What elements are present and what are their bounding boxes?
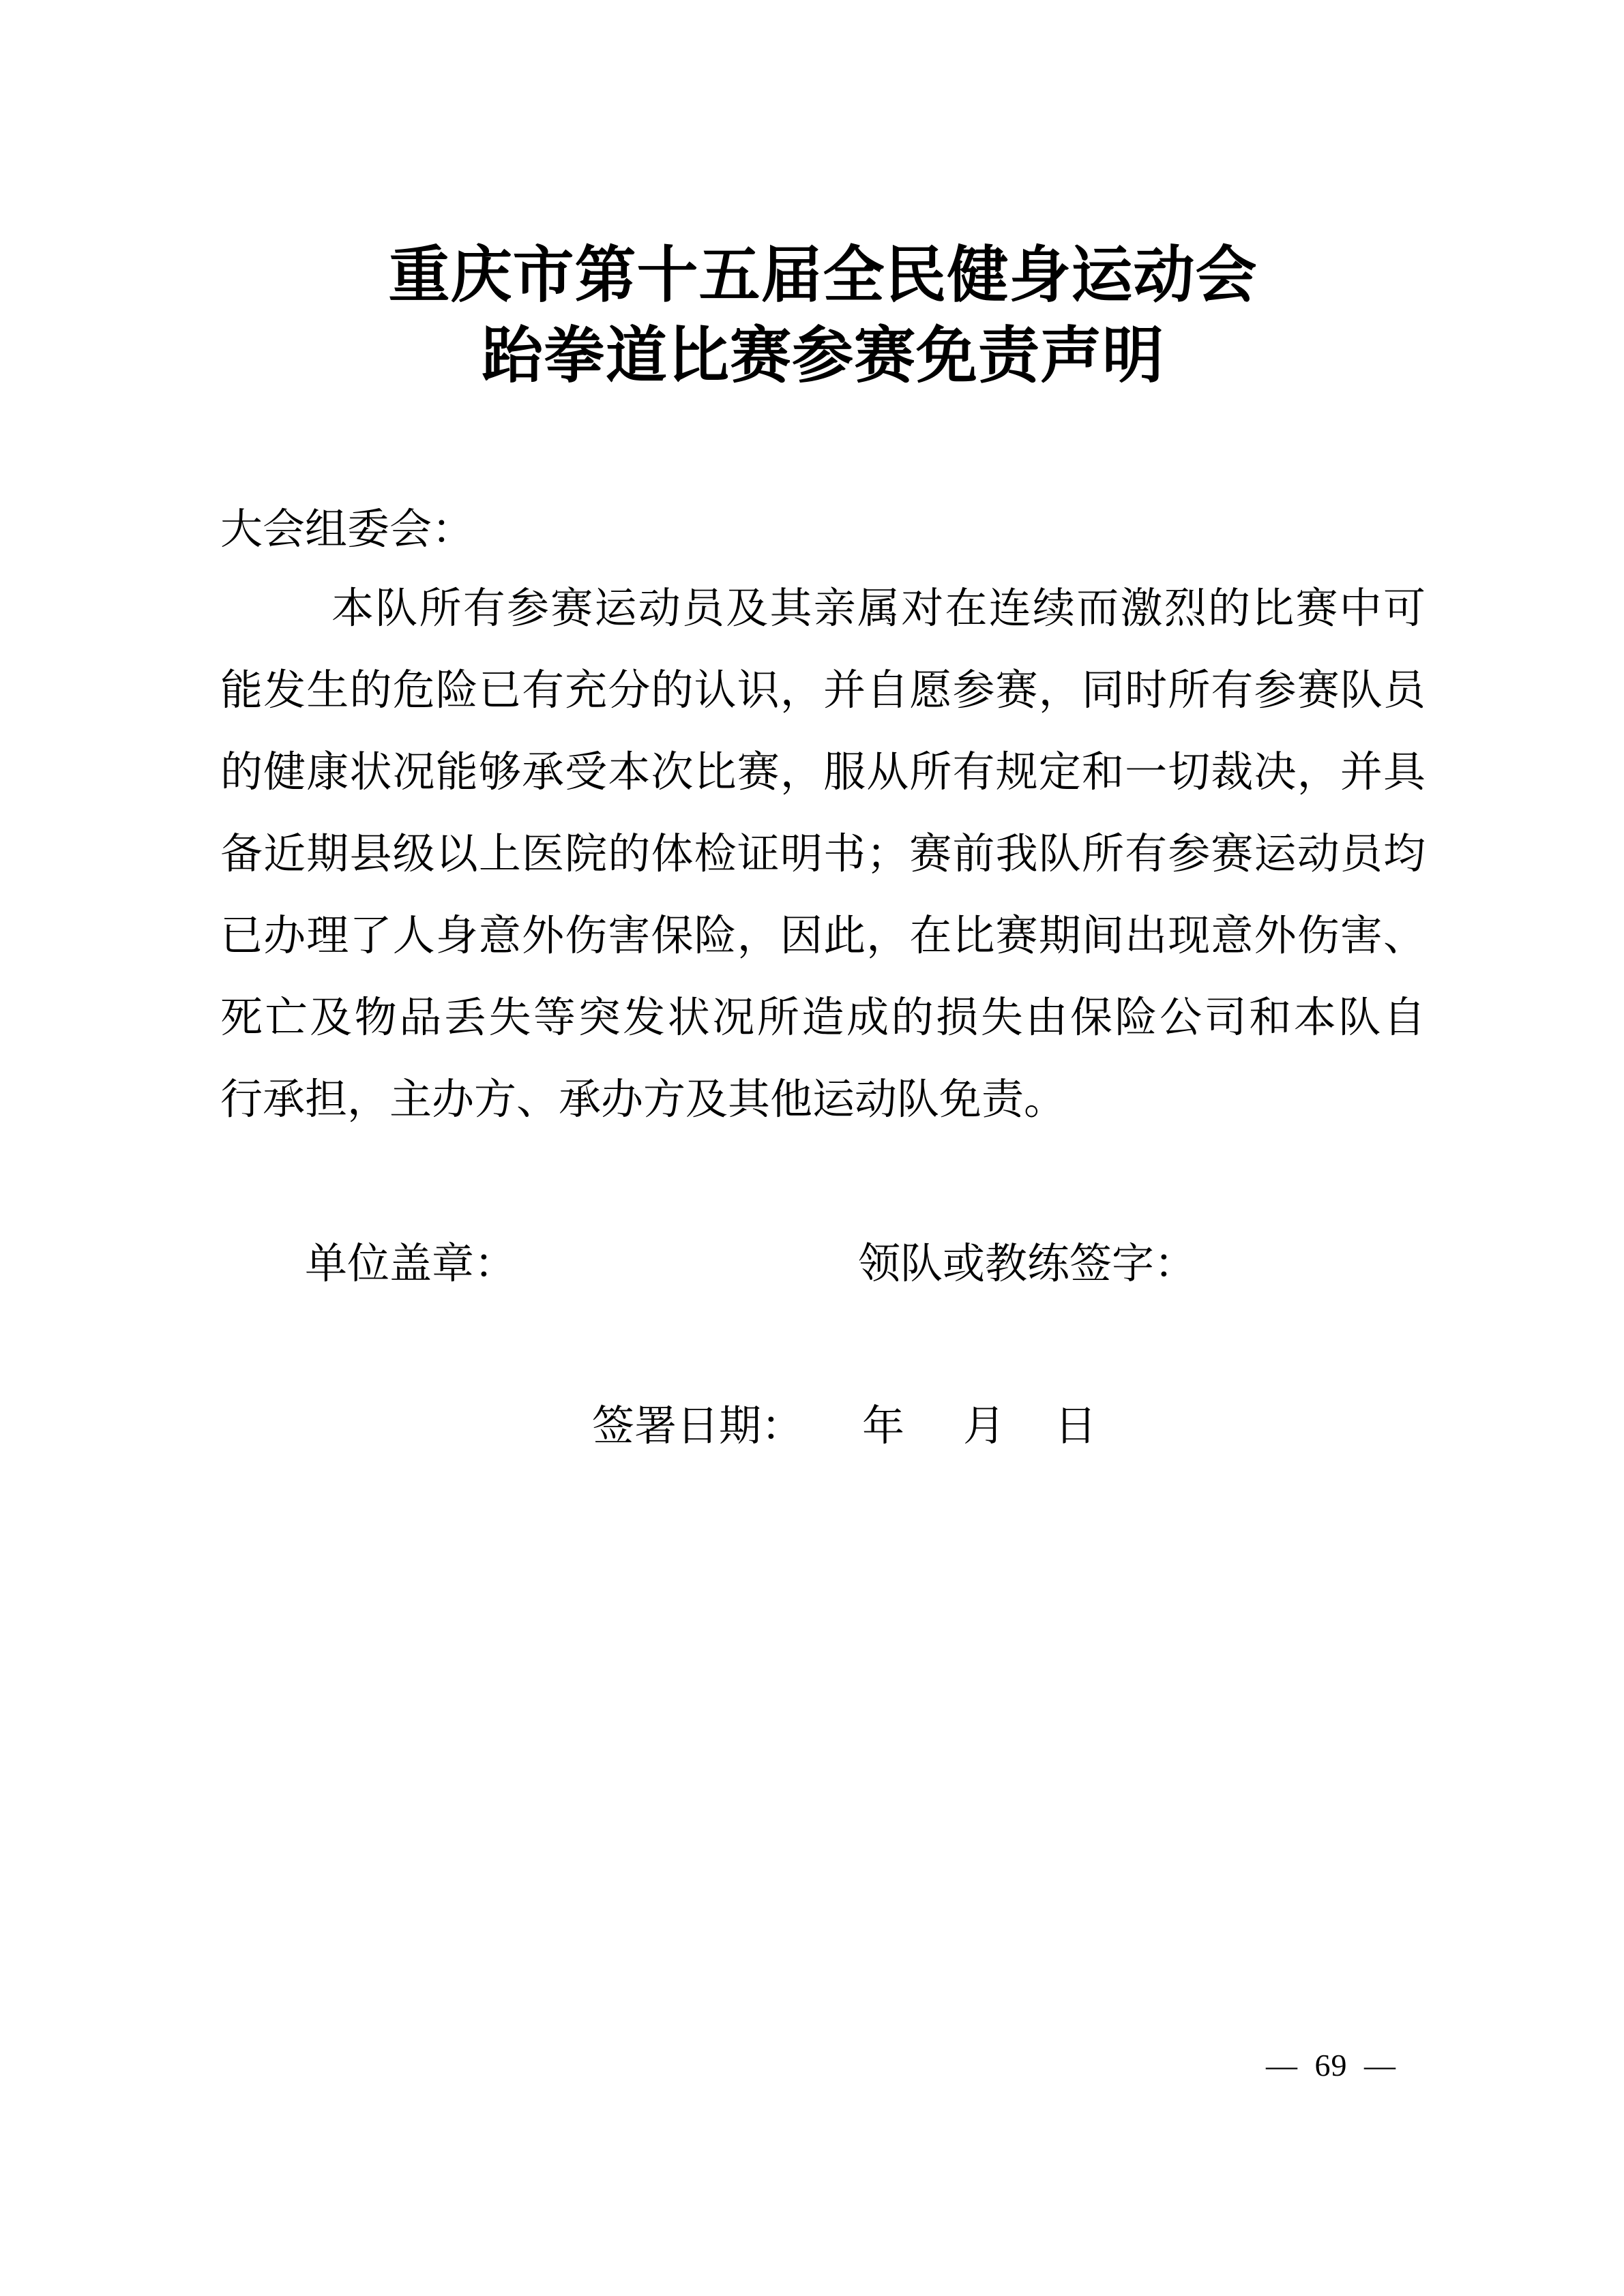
title-line-1: 重庆市第十五届全民健身运动会: [220, 236, 1426, 316]
body-line: 行承担，主办方、承办方及其他运动队免责。: [220, 1059, 1426, 1141]
body-line: 备近期县级以上医院的体检证明书；赛前我队所有参赛运动员均: [220, 814, 1426, 895]
page-number: — 69 —: [1266, 2047, 1396, 2084]
year-label: 年: [862, 1402, 904, 1451]
month-label: 月: [963, 1402, 1005, 1451]
body-line: 死亡及物品丢失等突发状况所造成的损失由保险公司和本队自: [220, 977, 1426, 1059]
body-paragraph: 本队所有参赛运动员及其亲属对在连续而激烈的比赛中可 能发生的危险已有充分的认识，…: [220, 568, 1426, 1141]
title-line-2: 跆拳道比赛参赛免责声明: [220, 316, 1426, 397]
body-line: 的健康状况能够承受本次比赛，服从所有规定和一切裁决，并具: [220, 732, 1426, 814]
date-line: 签署日期：年月日: [592, 1402, 1097, 1451]
body-line: 能发生的危险已有充分的认识，并自愿参赛，同时所有参赛队员: [220, 650, 1426, 732]
document-title: 重庆市第十五届全民健身运动会 跆拳道比赛参赛免责声明: [220, 236, 1426, 397]
signature-stamp-label: 单位盖章：: [305, 1240, 516, 1289]
date-label: 签署日期：: [592, 1403, 803, 1450]
document-page: 重庆市第十五届全民健身运动会 跆拳道比赛参赛免责声明 大会组委会： 本队所有参赛…: [0, 0, 1624, 2296]
day-label: 日: [1054, 1402, 1097, 1451]
signature-coach-label: 领队或教练签字：: [858, 1240, 1196, 1289]
body-line: 本队所有参赛运动员及其亲属对在连续而激烈的比赛中可: [220, 568, 1426, 650]
body-line: 已办理了人身意外伤害保险，因此，在比赛期间出现意外伤害、: [220, 895, 1426, 977]
salutation: 大会组委会：: [220, 506, 474, 554]
